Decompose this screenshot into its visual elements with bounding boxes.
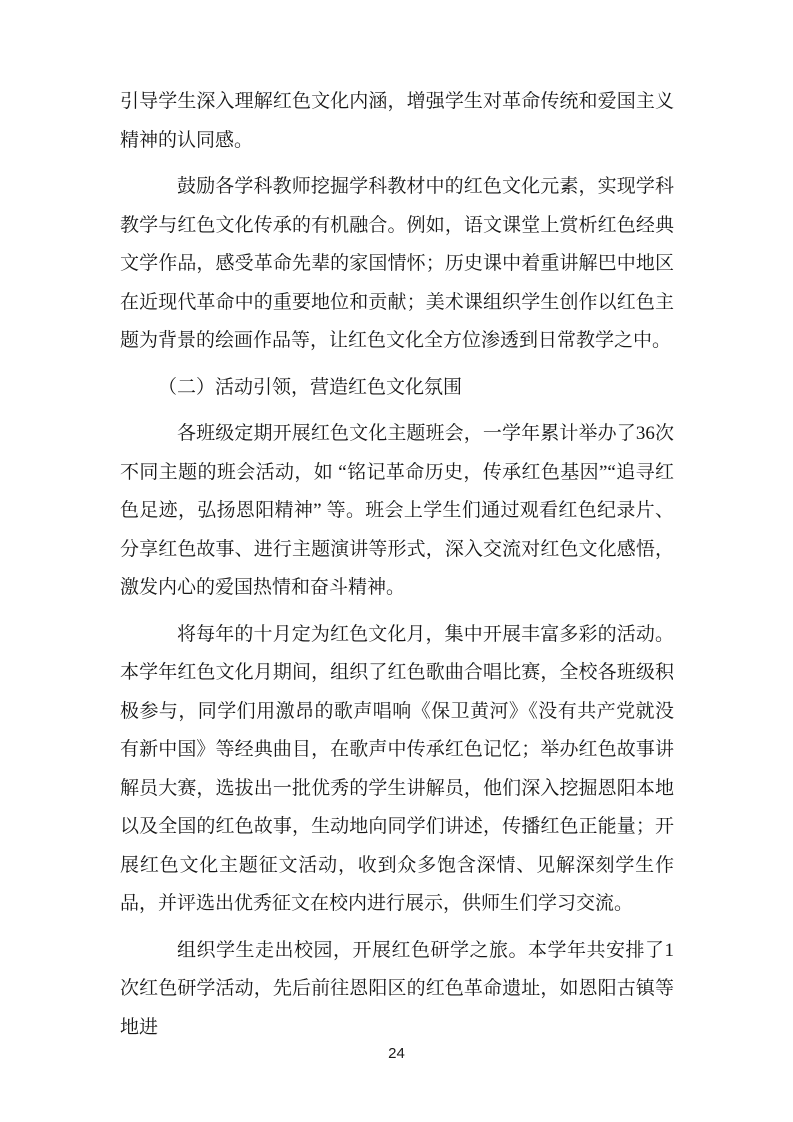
paragraph: 组织学生走出校园，开展红色研学之旅。本学年共安排了1次红色研学活动，先后前往恩阳… bbox=[120, 932, 674, 1048]
document-page: 引导学生深入理解红色文化内涵，增强学生对革命传统和爱国主义精神的认同感。 鼓励各… bbox=[0, 0, 793, 1122]
paragraph: 鼓励各学科教师挖掘学科教材中的红色文化元素，实现学科教学与红色文化传承的有机融合… bbox=[120, 168, 674, 361]
document-content: 引导学生深入理解红色文化内涵，增强学生对革命传统和爱国主义精神的认同感。 鼓励各… bbox=[120, 83, 674, 1055]
paragraph-continuation: 引导学生深入理解红色文化内涵，增强学生对革命传统和爱国主义精神的认同感。 bbox=[120, 83, 674, 160]
paragraph: 各班级定期开展红色文化主题班会，一学年累计举办了36次不同主题的班会活动，如 “… bbox=[120, 415, 674, 608]
paragraph: 将每年的十月定为红色文化月，集中开展丰富多彩的活动。本学年红色文化月期间，组织了… bbox=[120, 616, 674, 924]
page-number: 24 bbox=[0, 1045, 793, 1062]
section-heading: （二）活动引领，营造红色文化氛围 bbox=[120, 369, 674, 408]
